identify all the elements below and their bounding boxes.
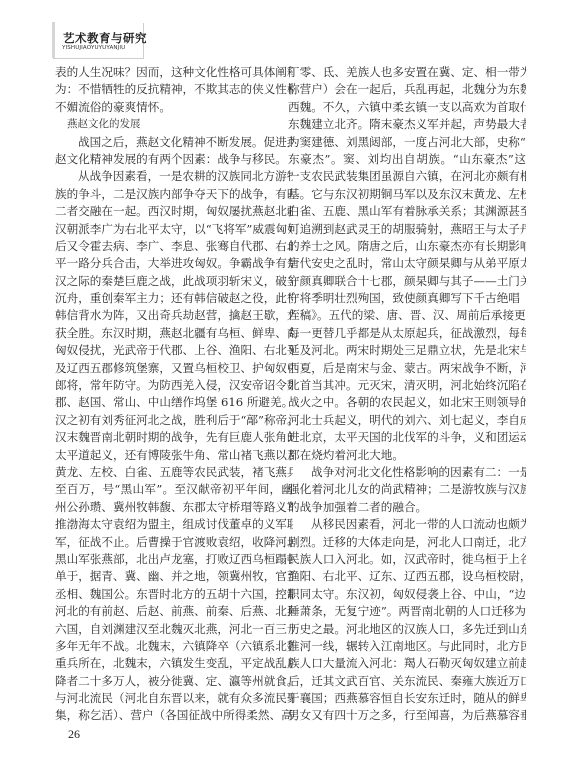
text-line: 历史之最。河北地区的汉族人口，多先迁到山东、 (288, 621, 526, 638)
text-line: 延及河北。两宋时期处三足鼎立状，先是北宋与辽、 (288, 342, 526, 359)
text-line: 黄龙、左校、白雀、五鹿等农民武装，褚飞燕兵 (55, 464, 293, 481)
text-line: 汉末魏晋南北朝时期的战争，先有巨鹿人张角的 (55, 429, 293, 446)
text-line: 多年无年不战。北魏末，六镇降卒（六镇系北魏 (55, 638, 293, 655)
journal-header: 艺术教育与研究 YISHUJIAOYUYUYANJIU (52, 22, 143, 58)
text-line: 守将季明壮烈殉国，致使颜真卿写下千古绝唱《祭 (288, 290, 526, 307)
text-line: 白雀、五鹿、黑山军有着脉承关系；其渊源甚至 (288, 203, 526, 220)
text-line: 从移民因素看，河北一带的人口流动也颇为 (288, 516, 526, 533)
section-heading: 燕赵文化的发展 (55, 116, 293, 133)
text-line: 战火之中。各朝的农民起义，如北宋王则领导的 (288, 394, 526, 411)
text-line: 河北士兵起义，明代的刘六、刘七起义，李自成 (288, 412, 526, 429)
text-line: 汉朝派李广为右北平太守，以“飞将军”威震匈奴。 (55, 221, 293, 238)
text-line: 战争对河北文化性格影响的因素有二：一是 (288, 464, 526, 481)
text-line: 族的争斗，二是汉族内部争夺天下的战争，有时 (55, 186, 293, 203)
text-line: 黑山军张燕部，北出卢龙塞，打败辽西乌桓蹋顿 (55, 551, 293, 568)
text-line: 汉之际的秦楚巨鹿之战，此战项羽斩宋义，破釜 (55, 273, 293, 290)
text-line: 渔阳、右北平、辽东、辽西五郡，设乌桓校尉， (288, 568, 526, 585)
text-line: 东魏建立北齐。隋末豪杰义军并起，声势最大者 (288, 116, 526, 133)
text-line: 及辽西五郡修筑堡寨，又置乌桓校卫、护匈奴中 (55, 360, 293, 377)
journal-subtitle: YISHUJIAOYUYUYANJIU (62, 45, 125, 51)
text-line: 淮河一线，辗转入江南地区。与此同时，北方民 (288, 638, 526, 655)
text-line: 守颜真卿联合十七郡，颜杲卿与其子——土门关 (288, 273, 526, 290)
text-line: 集，称乞活）、营户（各国征战中所得柔然、高车、 (55, 707, 293, 724)
page-number: 26 (68, 727, 80, 742)
text-line: 剧烈。迁移的大体走向是，河北人口南迁，北方 (288, 534, 526, 551)
text-line: 六国，自刘渊建汉至北魏灭北燕，河北一百三十 (55, 621, 293, 638)
text-line: 强化着河北儿女的尚武精神；二是游牧族与汉族 (288, 481, 526, 498)
text-line: 丞相、魏国公。东晋时北方的五胡十六国，控制 (55, 586, 293, 603)
text-line: 郎将，常年防守。为防西羌入侵，汉安帝诏令魏 (55, 377, 293, 394)
text-line: 匈奴侵扰，光武帝于代郡、上谷、渔阳、右北平 (55, 342, 293, 359)
text-line: 为窦建德、刘黑闼部，一度占河北大部，史称“山 (288, 134, 526, 151)
text-line: 汉之初有刘秀征河北之战，胜利后于“鄗”称帝。 (55, 412, 293, 429)
text-line: 男女又有四十万之多，行至闻喜，为后燕慕容垂 (288, 707, 526, 724)
text-line: 一支农民武装集团虽源自六镇，在河北亦颇有根 (288, 168, 526, 185)
text-line: 赵文化精神发展的有两个因素：战争与移民。 (55, 151, 293, 168)
text-line: 战国之后，燕赵文化精神不断发展。促进燕 (55, 134, 293, 151)
text-line: 郡、赵国、常山、中山缮作坞堡 616 所避羌。东 (55, 394, 293, 411)
text-line: 从战争因素看，一是农耕的汉族同北方游牧 (55, 168, 293, 185)
text-line: 称营户）会在一起后，兵乱再起，北魏分为东魏 (288, 81, 526, 98)
journal-title: 艺术教育与研究 (63, 30, 147, 46)
text-line: 西魏。不久，六镇中柔玄镇一支以高欢为首取代 (288, 99, 526, 116)
text-line: 后又令霍去病、李广、李息、张骞自代郡、右北 (55, 238, 293, 255)
left-text-column: 表的人生况味？因而，这种文化性格可具体阐释为：不惜牺牲的反抗精神，不欺其志的侠义… (55, 64, 293, 725)
right-text-column: 丁零、氐、羌族人也多安置在冀、定、相一带为奴，称营户）会在一起后，兵乱再起，北魏… (288, 64, 526, 725)
text-line: 陲萧条，无复宁迹”。两晋南北朝的人口迁移为 (288, 603, 526, 620)
text-line: 西夏，后是南宋与金、蒙古。两宋战争不断，河 (288, 360, 526, 377)
text-line: 每一更替几乎都是从太原起兵，征战激烈，每每 (288, 325, 526, 342)
text-line: 民族人口入河北。如，汉武帝时，徙乌桓于上谷、 (288, 551, 526, 568)
text-line: 韩信背水为阵，又出奇兵劫赵营，擒赵王歇，大 (55, 307, 293, 324)
text-line: 获全胜。东汉时期，燕赵北疆有乌桓、鲜卑、南 (55, 325, 293, 342)
text-line: 侄稿》。五代的梁、唐、晋、汉、周前后承接更替， (288, 307, 526, 324)
text-line: 推渤海太守袁绍为盟主，组成讨伐董卓的义军联 (55, 516, 293, 533)
text-line: 为：不惜牺牲的反抗精神，不欺其志的侠义性格， (55, 81, 293, 98)
text-line: 唐代安史之乱时，常山太守颜杲卿与从弟平原太 (288, 255, 526, 272)
text-line: 重兵所在，北魏末，六镇发生变乱，平定战乱后， (55, 655, 293, 672)
text-line: 单于，据青、冀、幽、并之地，领冀州牧，官至 (55, 568, 293, 585)
text-line: 表的人生况味？因而，这种文化性格可具体阐释 (55, 64, 293, 81)
text-line: 东豪杰”。窦、刘均出自胡族。“山东豪杰”这 (288, 151, 526, 168)
text-line: 进北京，太平天国的北伐军的斗争，义和团运动等， (288, 429, 526, 446)
text-line: 基。它与东汉初期铜马军以及东汉末黄龙、左校、 (288, 186, 526, 203)
text-line: 族人口大量流入河北：羯人石勒灭匈奴建立前赵 (288, 655, 526, 672)
text-line: 可追溯到赵武灵王的胡服骑射，燕昭王与太子丹 (288, 221, 526, 238)
text-line: 丁零、氐、羌族人也多安置在冀、定、相一带为奴， (288, 64, 526, 81)
text-line: 州公孙瓒、冀州牧韩馥、东郡太守桥瑁等路义军， (55, 499, 293, 516)
text-line: 降者二十多万人，被分徙冀、定、瀛等州就食。） (55, 673, 293, 690)
text-line: 后，迁其文武百官、关东流民、秦雍大族近万口 (288, 673, 526, 690)
text-line: 太平道起义，还有博陵张牛角、常山褚飞燕以及 (55, 447, 293, 464)
text-line: 的战争加强着二者的融合。 (288, 499, 526, 516)
text-line: 二者交融在一起。西汉时期，匈奴屡扰燕赵北疆， (55, 203, 293, 220)
text-line: 都在烧灼着河北大地。 (288, 447, 526, 464)
text-line: 与河北流民（河北自东晋以来，就有众多流民聚 (55, 690, 293, 707)
text-line: 河北的有前赵、后赵、前燕、前秦、后燕、北燕 (55, 603, 293, 620)
text-line: 军，征战不止。后曹操于官渡败袁绍，收降河北 (55, 534, 293, 551)
text-line: 北首当其冲。元灭宋，清灭明，河北始终沉陷在 (288, 377, 526, 394)
text-line: 沉舟，重创秦军主力；还有韩信破赵之役，此役 (55, 290, 293, 307)
text-line: 平一路分兵合击，大举进攻匈奴。争霸战争有楚 (55, 255, 293, 272)
text-line: 职同太守。东汉初，匈奴侵袭上谷、中山，“边 (288, 586, 526, 603)
text-line: 至百万，号“黑山军”。至汉献帝初平年间，幽 (55, 481, 293, 498)
text-line: 的养士之风。隋唐之后，山东豪杰亦有长期影响。 (288, 238, 526, 255)
text-line: 不媚流俗的豪爽情怀。 (55, 99, 293, 116)
text-line: 于襄国；西燕慕容恒自长安东迁时，随从的鲜卑 (288, 690, 526, 707)
